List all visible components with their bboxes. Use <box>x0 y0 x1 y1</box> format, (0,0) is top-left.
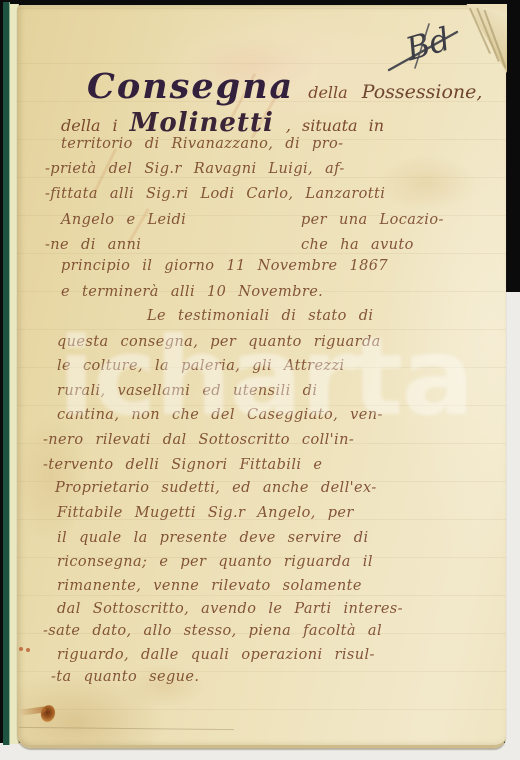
subtitle-word-molinetti: Molinetti <box>130 108 274 138</box>
manuscript-line: Proprietario sudetti, ed anche dell'ex- <box>55 480 377 496</box>
title-word-consegna: Consegna <box>87 66 294 107</box>
subtitle-rest: , situata in <box>286 116 384 135</box>
pencil-annotation: Bd <box>385 18 467 80</box>
scanned-manuscript-page: Consegna della Possessione, della i Moli… <box>0 0 520 760</box>
manuscript-line: Fittabile Mugetti Sig.r Angelo, per <box>57 505 354 521</box>
manuscript-line-left: Angelo e Leidi <box>61 212 186 228</box>
scanner-background-right <box>505 292 520 760</box>
red-speck <box>26 648 30 652</box>
manuscript-line: rurali, vasellami ed utensili di <box>57 383 317 399</box>
document-subtitle-line: della i Molinetti , situata in <box>61 108 384 138</box>
subtitle-word-i: i <box>112 116 117 135</box>
manuscript-line: rimanente, venne rilevato solamente <box>57 578 362 594</box>
title-word-possessione: Possessione, <box>362 81 483 103</box>
manuscript-line: -nero rilevati dal Sottoscritto coll'in- <box>43 432 354 448</box>
manuscript-line: dal Sottoscritto, avendo le Parti intere… <box>57 601 403 617</box>
manuscript-line: cantina, non che del Caseggiato, ven- <box>57 407 383 423</box>
manuscript-line: principio il giorno 11 Novembre 1867 <box>61 258 388 274</box>
manuscript-line: riguardo, dalle quali operazioni risul- <box>57 647 375 663</box>
manuscript-line: territorio di Rivanazzano, di pro- <box>61 136 343 152</box>
subtitle-word-della: della <box>61 116 100 135</box>
manuscript-paper: Consegna della Possessione, della i Moli… <box>17 5 506 748</box>
red-speck <box>19 647 23 651</box>
manuscript-line: -ta quanto segue. <box>51 669 199 685</box>
manuscript-line: -fittata alli Sig.ri Lodi Carlo, Lanzaro… <box>45 186 385 202</box>
title-word-della: della <box>308 83 347 102</box>
manuscript-line-right: per una Locazio- <box>301 212 444 228</box>
manuscript-line-right: che ha avuto <box>301 237 414 253</box>
manuscript-line: Le testimoniali di stato di <box>147 308 373 324</box>
manuscript-line: il quale la presente deve servire di <box>57 530 369 546</box>
manuscript-line: le colture, la paleria, gli Attrezzi <box>57 358 345 374</box>
manuscript-line: questa consegna, per quanto riguarda <box>57 334 381 350</box>
paper-crease <box>19 727 234 730</box>
manuscript-line: -prietà del Sig.r Ravagni Luigi, af- <box>45 161 345 177</box>
folded-corner <box>461 4 507 76</box>
manuscript-line: riconsegna; e per quanto riguarda il <box>57 554 373 570</box>
manuscript-line-left: -ne di anni <box>45 237 141 253</box>
manuscript-line: e terminerà alli 10 Novembre. <box>61 284 323 300</box>
manuscript-line: -tervento delli Signori Fittabili e <box>43 457 322 473</box>
book-spine-edge <box>3 2 10 745</box>
manuscript-line: -sate dato, allo stesso, piena facoltà a… <box>43 623 382 639</box>
